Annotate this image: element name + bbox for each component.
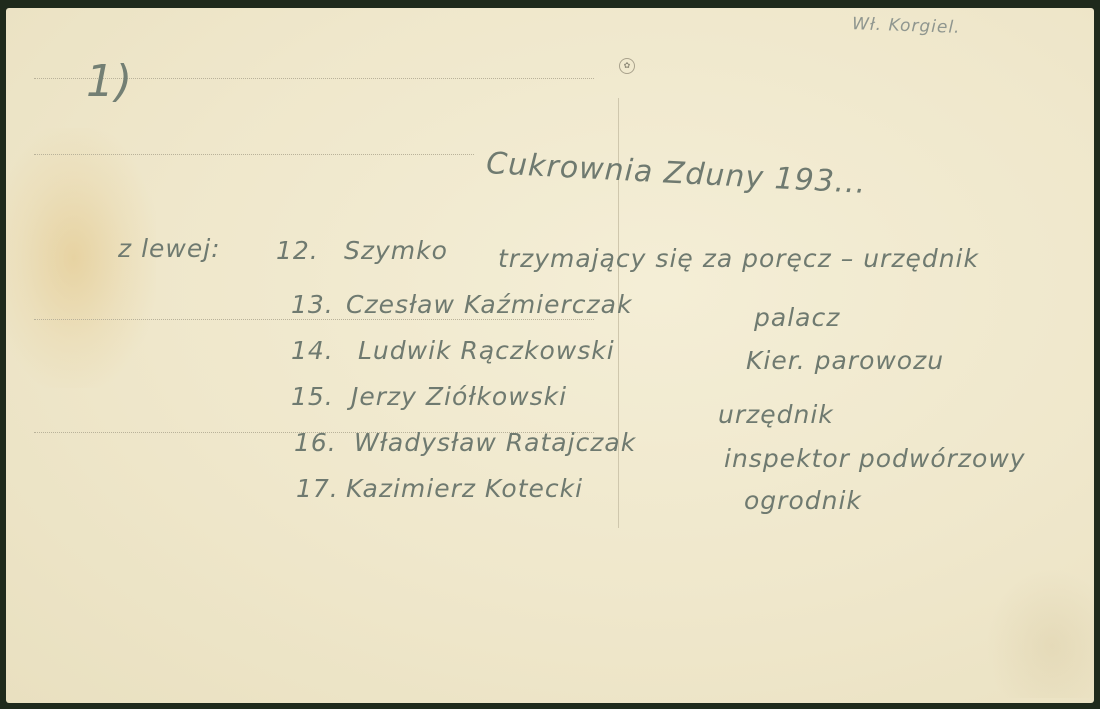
entry-name: Czesław Kaźmierczak <box>346 290 632 319</box>
postcard-title: Cukrownia Zduny 193... <box>485 146 867 201</box>
entry-number: 14. <box>291 336 334 365</box>
entry-name: Ludwik Rączkowski <box>358 336 615 365</box>
postcard-back: ✿ Wł. Korgiel. 1) Cukrownia Zduny 193...… <box>6 8 1094 703</box>
entry-description: trzymający się za poręcz – urzędnik <box>498 244 979 273</box>
entry-description: ogrodnik <box>744 486 862 515</box>
entry-description: inspektor podwórzowy <box>724 444 1026 473</box>
address-line <box>34 319 594 320</box>
entry-number: 17. <box>296 474 339 503</box>
intro-label: z lewej: <box>118 234 221 263</box>
age-stain <box>986 568 1094 698</box>
entry-number: 12. <box>276 236 319 265</box>
entry-name: Jerzy Ziółkowski <box>351 382 567 411</box>
corner-note: Wł. Korgiel. <box>852 14 961 38</box>
entry-description: palacz <box>754 303 840 332</box>
entry-name: Kazimierz Kotecki <box>346 474 583 503</box>
item-number: 1) <box>86 56 133 107</box>
entry-description: urzędnik <box>718 400 834 429</box>
entry-number: 15. <box>291 382 334 411</box>
entry-number: 16. <box>294 428 337 457</box>
entry-name: Władysław Ratajczak <box>354 428 636 457</box>
address-line <box>34 154 474 155</box>
publisher-logo-icon: ✿ <box>619 58 635 74</box>
entry-number: 13. <box>291 290 334 319</box>
entry-name: Szymko <box>344 236 448 265</box>
entry-description: Kier. parowozu <box>746 346 944 375</box>
